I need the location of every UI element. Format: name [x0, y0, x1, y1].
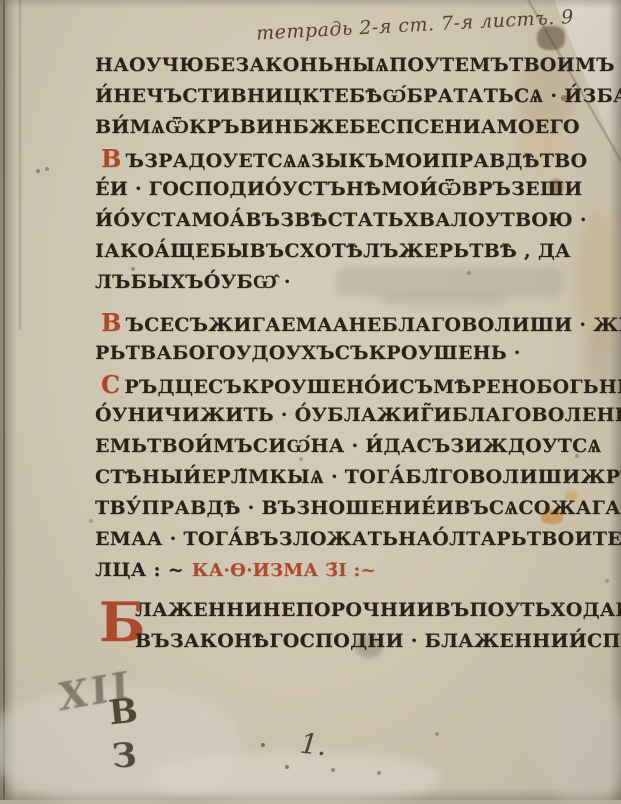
- line-text: лъбыхъо́убѡ̂ ·: [95, 271, 291, 293]
- manuscript-line: ви́мѧѿкръвинбжебеспсениамоего: [95, 112, 585, 143]
- rubric-initial: в: [101, 144, 122, 173]
- edge-shade-top: [0, 0, 621, 8]
- manuscript-line: възаконѣгосподни · блаженнии́спы: [95, 626, 585, 657]
- line-text: наоучюбезаконьныѧпоутемътвоимъ ·: [95, 54, 621, 76]
- manuscript-line: емаа · тога́възложатьнао́лтарьтвоите: [95, 524, 585, 555]
- manuscript-line: сръдцесъкроушено́исъмѣренобогьне: [95, 369, 585, 400]
- rubric-initial: с: [101, 370, 120, 399]
- manuscript-line: и́нечъстивницктебѣѡ́брататьсѧ · и́зба: [95, 81, 585, 112]
- manuscript-line: емьтвои́мъсиѡ́на · и́дасъзиждоутсѧ: [95, 431, 585, 462]
- line-text: лаженнинепорочниивъпоутьходащеи: [135, 599, 621, 621]
- manuscript-line: наоучюбезаконьныѧпоутемътвоимъ ·: [95, 50, 585, 81]
- line-text: ръдцесъкроушено́исъмѣренобогьне: [124, 376, 621, 398]
- repair-patch: [150, 753, 440, 800]
- line-text: о́уничижить · о́ублажиг̃иблаговолени: [95, 404, 621, 426]
- manuscript-line: лъбыхъо́убѡ̂ ·: [95, 267, 585, 298]
- manuscript-line: възрадоуетсѧѧзыкъмоиправдѣтво: [95, 143, 585, 174]
- line-text: лца : ~: [95, 559, 184, 581]
- line-text: възаконѣгосподни · блаженнии́спы: [135, 630, 621, 652]
- owner-mark-z: З: [111, 735, 138, 777]
- page-edge-line: [3, 0, 5, 800]
- repair-patch: [538, 688, 621, 800]
- page-number: 1.: [298, 727, 328, 763]
- manuscript-line: рьтвабогоудоухъсъкроушень ·: [95, 338, 585, 369]
- line-text: емаа · тога́възложатьнао́лтарьтвоите: [95, 528, 621, 550]
- manuscript-line: е́и · господио́устънѣмои́ѿвръзеши: [95, 174, 585, 205]
- line-text: и́нечъстивницктебѣѡ́брататьсѧ · и́зба: [95, 85, 621, 107]
- line-text: ıакоа́щебывъсхотѣлъжерьтвѣ , да: [95, 240, 571, 262]
- line-text: ъсесъжигаемаанеблаговолиши · же: [126, 314, 621, 336]
- manuscript-line: лца : ~ка·ѳ·изма з̃і :~: [95, 555, 585, 586]
- manuscript-line: и́о́устамоа́възвѣстатьхвалоутвою ·: [95, 205, 585, 236]
- kathisma-rubric: ка·ѳ·изма з̃і :~: [192, 560, 376, 581]
- line-text: е́и · господио́устънѣмои́ѿвръзеши: [95, 178, 583, 200]
- manuscript-line: стѣныи́ерл̃мкыѧ · тога́бл̃говолишижръ: [95, 462, 585, 493]
- manuscript-line: блаженнинепорочниивъпоутьходащеи: [95, 595, 585, 626]
- manuscript-line: ıакоа́щебывъсхотѣлъжерьтвѣ , да: [95, 236, 585, 267]
- manuscript-line: въсесъжигаемаанеблаговолиши · же: [95, 307, 585, 338]
- line-text: ъзрадоуетсѧѧзыкъмоиправдѣтво: [126, 150, 588, 172]
- line-text: рьтвабогоудоухъсъкроушень ·: [95, 342, 521, 364]
- owner-mark-v: В: [107, 691, 140, 734]
- text-block: наоучюбезаконьныѧпоутемътвоимъ ·и́нечъст…: [95, 50, 585, 657]
- rubric-initial: в: [101, 308, 122, 337]
- ink-specks: [0, 0, 2, 2]
- line-text: емьтвои́мъсиѡ́на · и́дасъзиждоутсѧ: [95, 435, 602, 457]
- line-text: стѣныи́ерл̃мкыѧ · тога́бл̃говолишижръ: [95, 466, 621, 488]
- edge-shade-right: [609, 0, 621, 800]
- line-text: и́о́устамоа́възвѣстатьхвалоутвою ·: [95, 209, 587, 231]
- page-scan: тетрадь 2-я ст. 7-я листъ. 9 наоучюбезак…: [0, 0, 621, 800]
- line-text: тву́правдѣ · възношение́ивъсѧсожага: [95, 497, 621, 519]
- manuscript-line: о́уничижить · о́ублажиг̃иблаговолени: [95, 400, 585, 431]
- manuscript-line: тву́правдѣ · възношение́ивъсѧсожага: [95, 493, 585, 524]
- crease-line: [19, 0, 21, 330]
- line-text: ви́мѧѿкръвинбжебеспсениамоего: [95, 116, 580, 138]
